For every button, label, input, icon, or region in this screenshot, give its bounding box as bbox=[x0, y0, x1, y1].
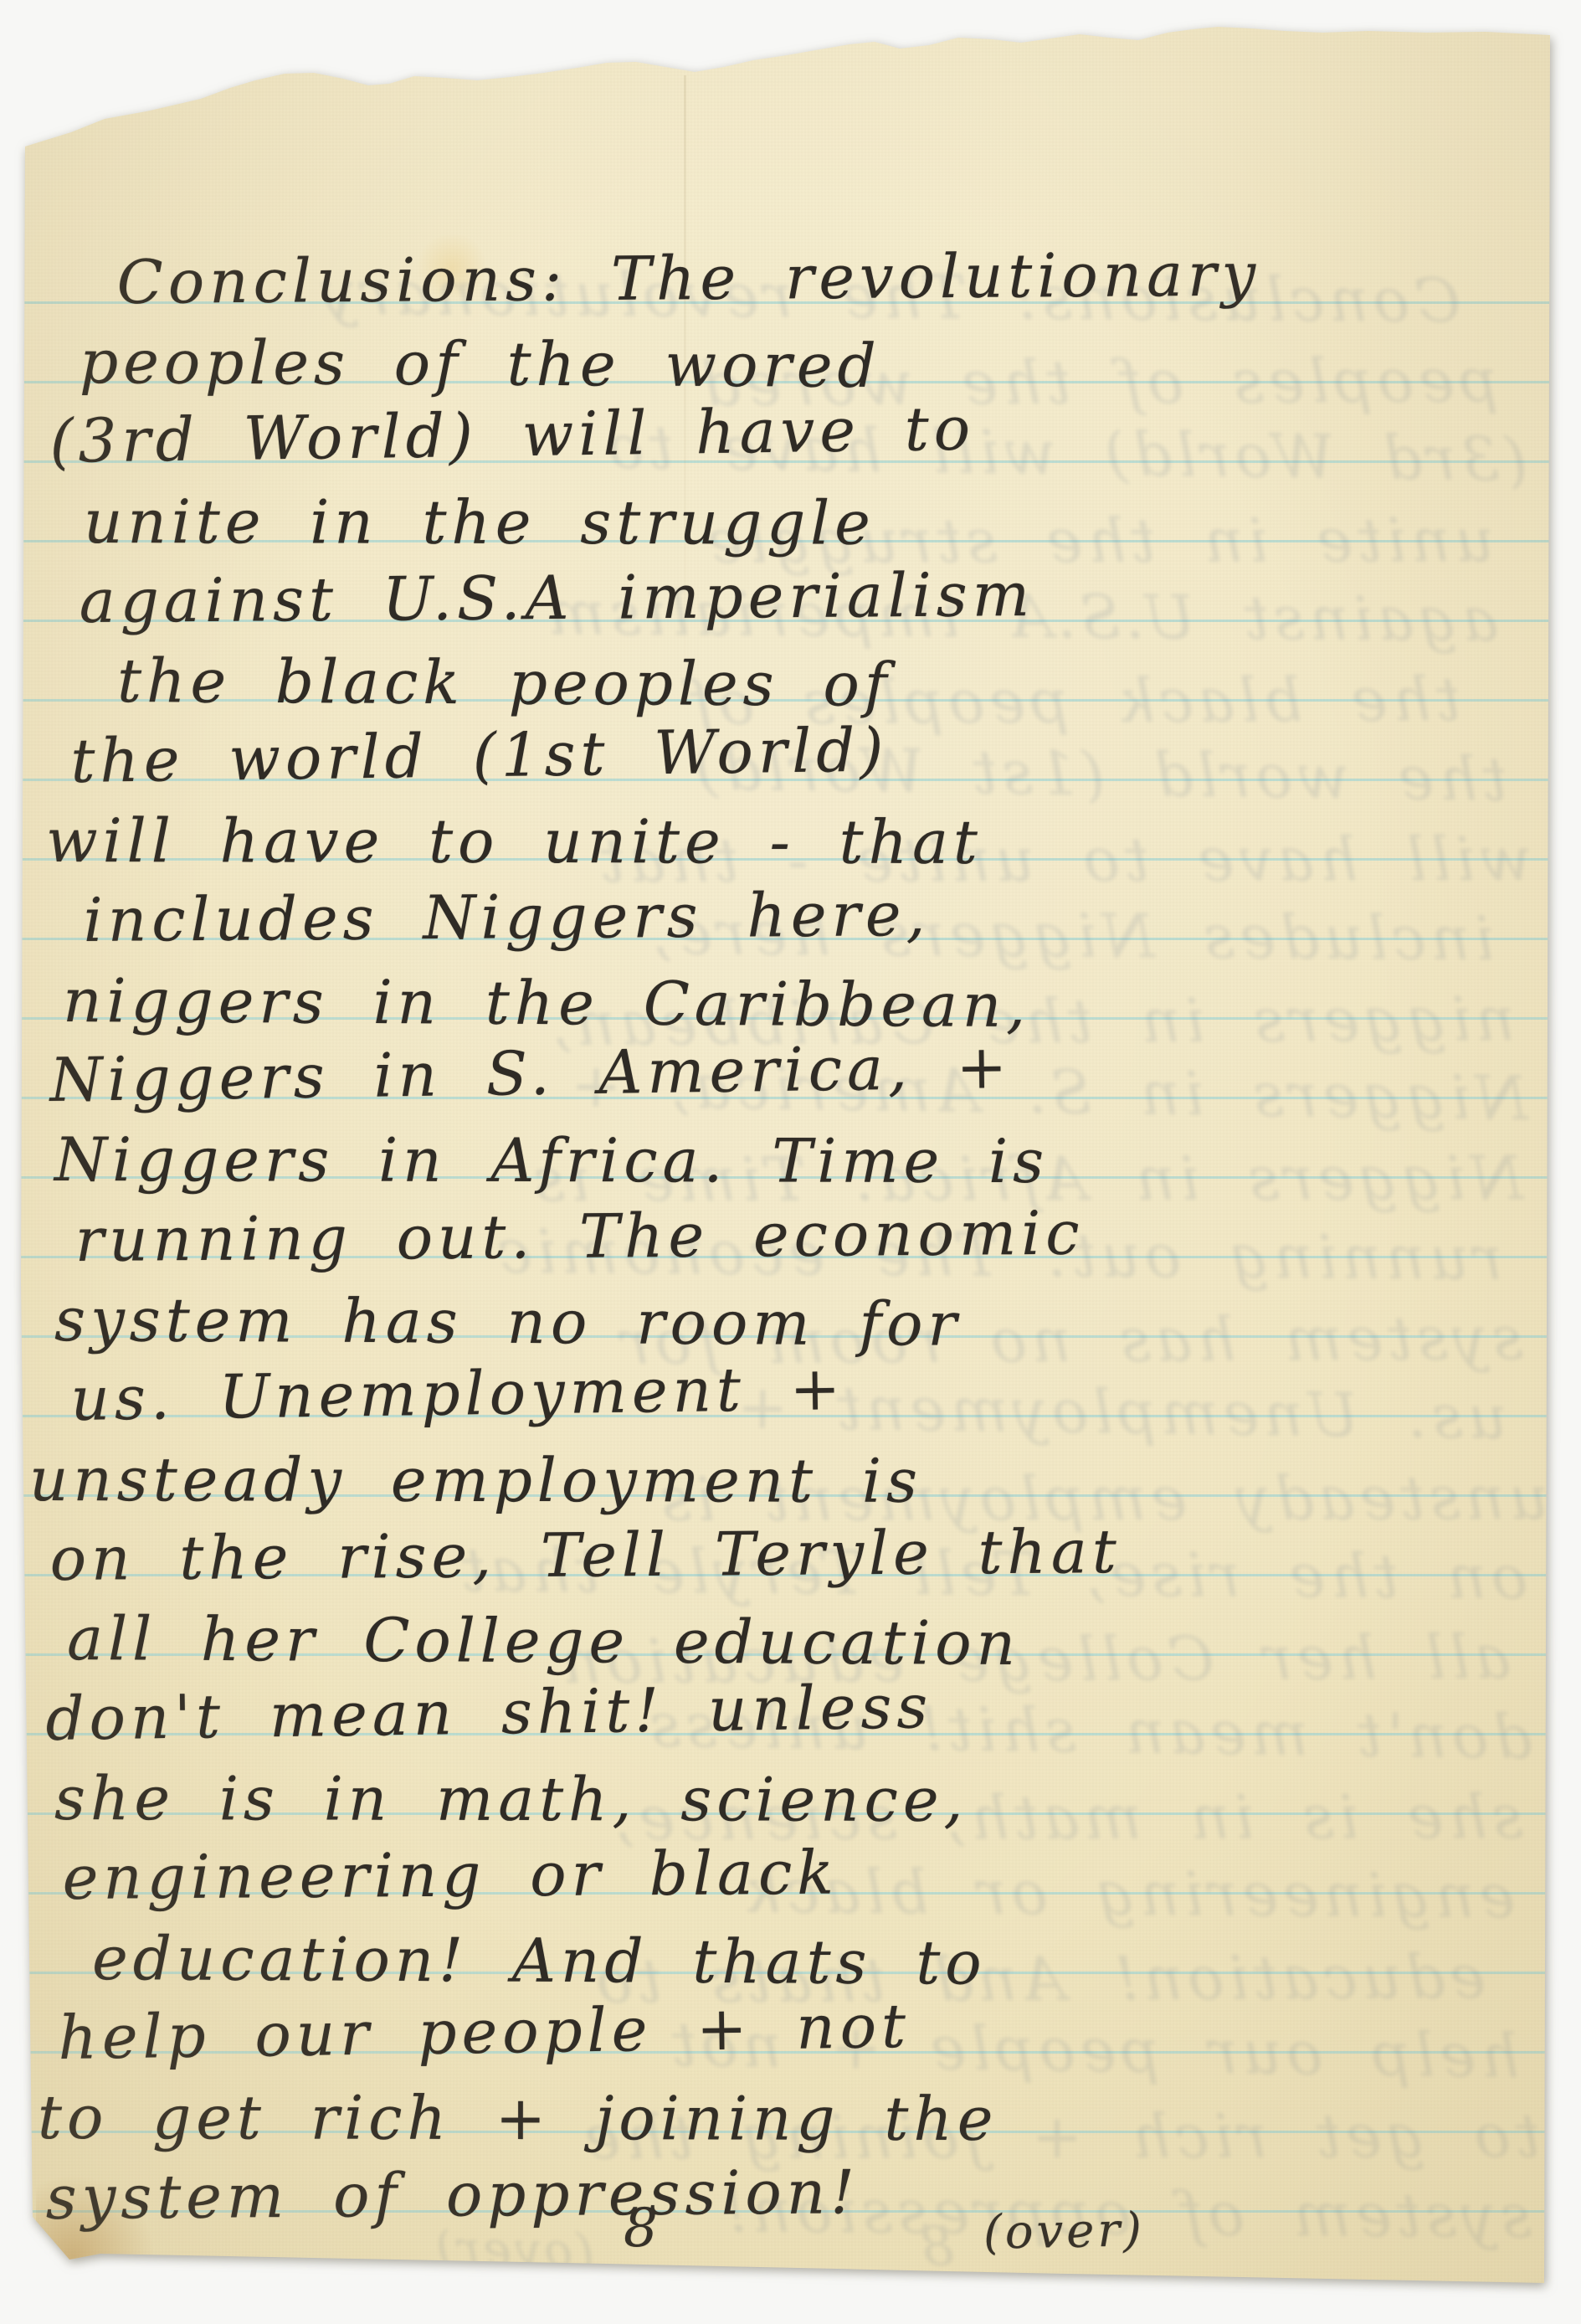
handwritten-line: system has no room for bbox=[54, 1289, 962, 1355]
handwritten-line: to get rich + joining the bbox=[38, 2087, 998, 2149]
handwritten-line: don't mean shit! unless bbox=[45, 1676, 933, 1749]
handwritten-line: includes Niggers here, bbox=[83, 884, 930, 950]
handwritten-line: the black peoples of bbox=[117, 650, 892, 715]
handwritten-line: Conclusions: The revolutionary bbox=[116, 244, 1260, 312]
handwritten-line: running out. The economic bbox=[74, 1203, 1084, 1270]
letter-page: Conclusions: The revolutionary peoples o… bbox=[21, 25, 1557, 2290]
handwritten-line: education! And thats to bbox=[92, 1928, 987, 1993]
handwritten-line: us. Unemployment + bbox=[70, 1358, 845, 1429]
handwritten-line: peoples of the wored bbox=[80, 332, 881, 396]
handwritten-line: unite in the struggle bbox=[84, 491, 875, 553]
handwritten-line: help our people + not bbox=[58, 1996, 911, 2068]
handwritten-line: engineering or black bbox=[62, 1843, 839, 1908]
handwritten-line: the world (1st World) bbox=[70, 719, 889, 791]
scan-background: { "letter": { "lines": [ "Conclusions: T… bbox=[0, 0, 1581, 2324]
handwritten-line: niggers in the Caribbean, bbox=[63, 970, 1030, 1036]
handwritten-line: all her College education bbox=[67, 1608, 1020, 1674]
handwritten-line: she is in math, science, bbox=[54, 1768, 968, 1830]
handwritten-line: Niggers in S. America, + bbox=[49, 1036, 1012, 1110]
page-number: 8 bbox=[624, 2202, 658, 2255]
handwritten-line: against U.S.A imperialism bbox=[79, 564, 1034, 631]
handwritten-line: will have to unite - that bbox=[46, 810, 983, 872]
handwritten-line: Niggers in Africa. Time is bbox=[54, 1129, 1049, 1191]
letter-scan: Conclusions: The revolutionary peoples o… bbox=[0, 0, 1581, 2324]
handwritten-line: system of oppression! bbox=[45, 2162, 860, 2228]
manuscript-text: Conclusions: The revolutionary peoples o… bbox=[21, 25, 1557, 2290]
handwritten-line: (3rd World) will have to bbox=[49, 398, 976, 471]
handwritten-line: on the rise, Tell Teryle that bbox=[49, 1521, 1121, 1589]
handwritten-line: unsteady employment is bbox=[29, 1449, 922, 1511]
over-note: (over) bbox=[983, 2207, 1146, 2256]
